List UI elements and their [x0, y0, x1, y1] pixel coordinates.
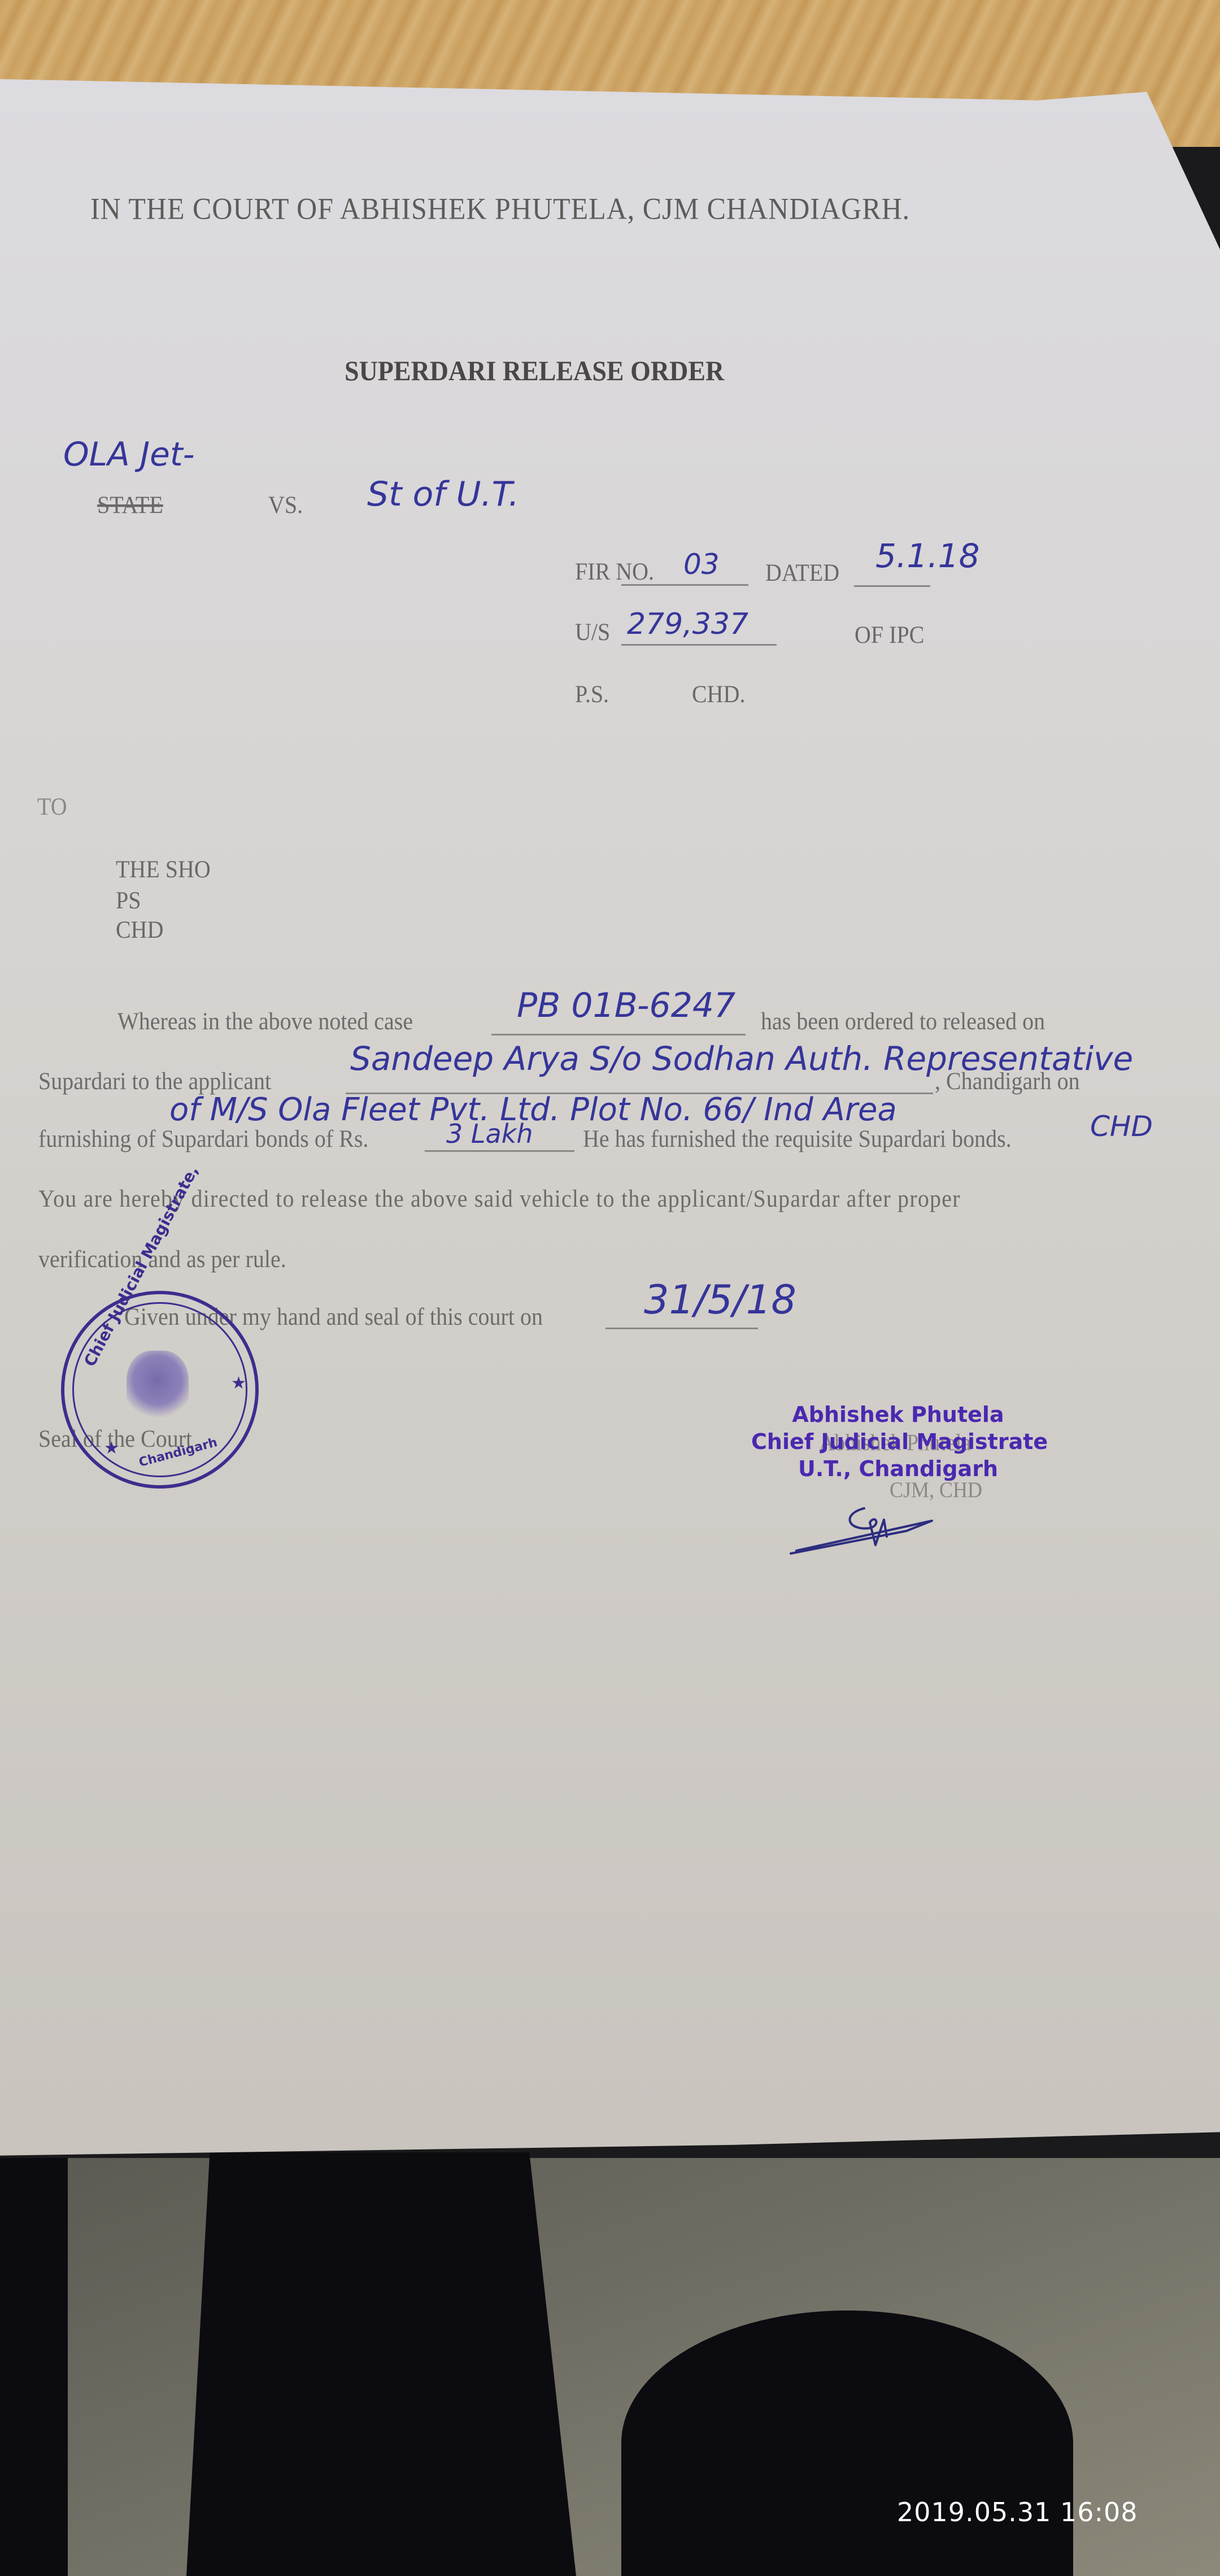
- shadow: [186, 2152, 576, 2576]
- of-ipc-label: OF IPC: [855, 620, 924, 649]
- given-date: 31/5/18: [644, 1277, 796, 1323]
- party1-handwritten: OLA Jet-: [63, 435, 195, 473]
- document-title: SUPERDARI RELEASE ORDER: [345, 355, 724, 387]
- stamp-line1: Abhishek Phutela: [751, 1401, 1045, 1428]
- body-para2-b: , Chandigarh on: [935, 1067, 1080, 1095]
- ps-label: P.S.: [575, 680, 609, 708]
- bond-underline: [425, 1150, 574, 1152]
- party1-printed: STATE: [97, 490, 163, 519]
- stamp-line3: U.T., Chandigarh: [751, 1455, 1045, 1482]
- to-label: TO: [37, 792, 67, 821]
- applicant-line2-suffix: CHD: [1090, 1110, 1153, 1143]
- ps-value: CHD.: [692, 680, 745, 708]
- body-para3-b: He has furnished the requisite Supardari…: [583, 1124, 1012, 1153]
- body-para3-a: furnishing of Supardari bonds of Rs.: [38, 1124, 368, 1153]
- star-icon: ★: [104, 1438, 119, 1458]
- dated-underline: [854, 585, 930, 587]
- judge-name-stamp: Abhishek Phutela Chief Judicial Magistra…: [751, 1401, 1045, 1482]
- party2-handwritten: St of U.T.: [367, 475, 519, 514]
- fir-underline: [621, 584, 748, 586]
- bond-amount: 3 Lakh: [446, 1119, 533, 1149]
- us-underline: [621, 644, 777, 646]
- shadow: [0, 2158, 68, 2576]
- addressee-line2: PS: [116, 886, 141, 915]
- addressee-line1: THE SHO: [116, 855, 211, 884]
- addressee-line3: CHD: [116, 915, 163, 944]
- vehicle-underline: [491, 1034, 746, 1035]
- body-para5: verification and as per rule.: [38, 1245, 286, 1273]
- dated-value: 5.1.18: [875, 537, 979, 575]
- court-heading: IN THE COURT OF ABHISHEK PHUTELA, CJM CH…: [90, 191, 910, 227]
- body-para1-a: Whereas in the above noted case: [117, 1007, 413, 1035]
- body-para1-b: has been ordered to released on: [761, 1007, 1045, 1035]
- stamp-line2: Chief Judicial Magistrate: [751, 1428, 1045, 1455]
- judge-signature: [785, 1497, 955, 1559]
- vehicle-number: PB 01B-6247: [517, 986, 735, 1025]
- dated-label: DATED: [765, 558, 839, 587]
- given-date-underline: [605, 1328, 758, 1329]
- emblem-icon: [127, 1351, 189, 1424]
- fir-label: FIR NO.: [575, 557, 654, 586]
- fir-value: 03: [683, 548, 720, 581]
- applicant-line2: of M/S Ola Fleet Pvt. Ltd. Plot No. 66/ …: [169, 1091, 897, 1128]
- us-label: U/S: [575, 617, 610, 646]
- vs-label: VS.: [268, 490, 303, 519]
- court-seal-stamp: Chief Judicial Magistrate, Chandigarh ★ …: [61, 1291, 259, 1489]
- star-icon: ★: [231, 1373, 246, 1393]
- us-value: 279,337: [627, 607, 748, 641]
- photo-timestamp: 2019.05.31 16:08: [897, 2497, 1138, 2527]
- shadow: [621, 2310, 1073, 2576]
- seal-text-bottom: Chandigarh: [137, 1435, 219, 1470]
